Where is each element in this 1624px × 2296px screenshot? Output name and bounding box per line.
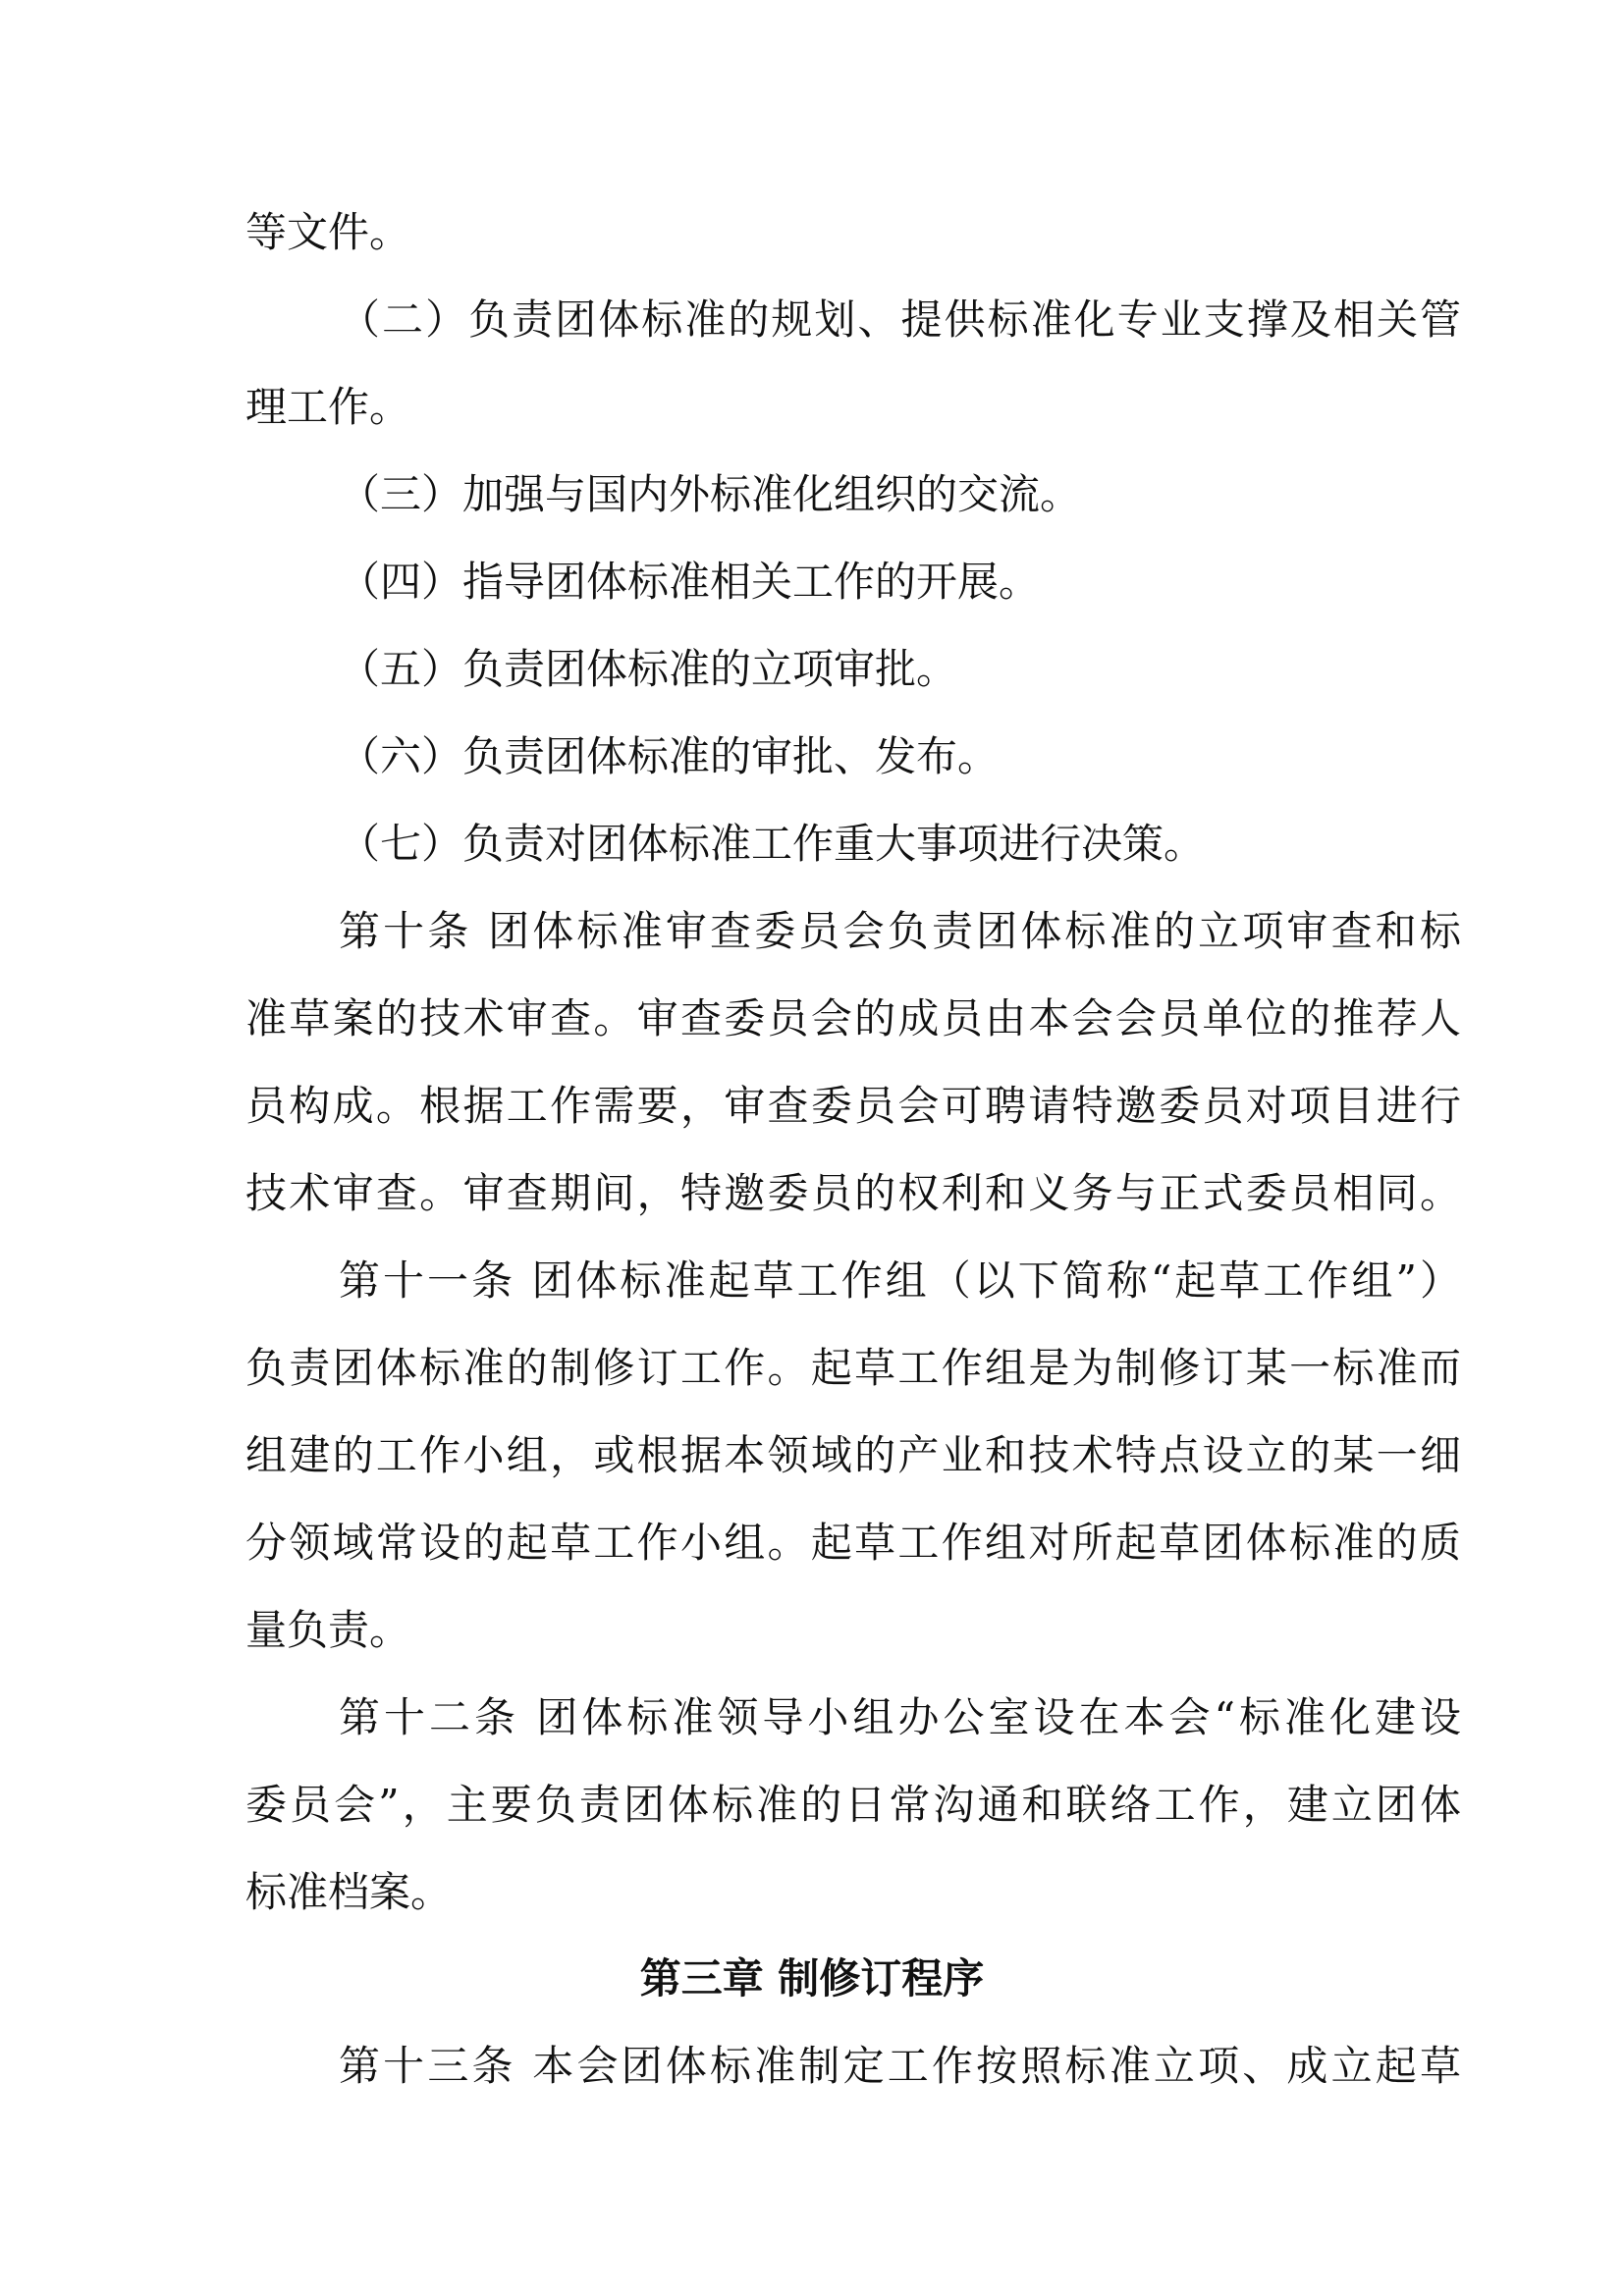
article-12-line: 标准档案。 <box>245 1868 452 1917</box>
article-11-line: 第十一条 团体标准起草工作组（以下简称“起草工作组”） <box>339 1256 1461 1306</box>
paragraph-line: 等文件。 <box>245 208 410 257</box>
list-item-2: （二）负责团体标准的规划、提供标准化专业支撑及相关管 <box>339 295 1461 345</box>
article-11-line: 负责团体标准的制修订工作。起草工作组是为制修订某一标准而 <box>245 1344 1461 1393</box>
paragraph-line: 理工作。 <box>245 383 410 432</box>
article-12-line: 委员会”，主要负责团体标准的日常沟通和联络工作，建立团体 <box>245 1781 1461 1830</box>
article-10-line: 技术审查。审查期间，特邀委员的权利和义务与正式委员相同。 <box>245 1169 1461 1218</box>
list-item-7: （七）负责对团体标准工作重大事项进行决策。 <box>339 820 1205 869</box>
article-10-line: 准草案的技术审查。审查委员会的成员由本会会员单位的推荐人 <box>245 994 1461 1043</box>
article-12-line: 第十二条 团体标准领导小组办公室设在本会“标准化建设 <box>339 1693 1461 1742</box>
list-item-6: （六）负责团体标准的审批、发布。 <box>339 732 999 781</box>
list-item-3: （三）加强与国内外标准化组织的交流。 <box>339 470 1081 519</box>
article-10-line: 第十条 团体标准审查委员会负责团体标准的立项审查和标 <box>339 907 1461 956</box>
chapter-heading: 第三章 制修订程序 <box>0 1954 1624 2003</box>
list-item-4: （四）指导团体标准相关工作的开展。 <box>339 558 1040 607</box>
article-11-line: 量负责。 <box>245 1606 410 1655</box>
article-10-line: 员构成。根据工作需要，审查委员会可聘请特邀委员对项目进行 <box>245 1082 1461 1131</box>
list-item-5: （五）负责团体标准的立项审批。 <box>339 645 957 694</box>
article-11-line: 组建的工作小组，或根据本领域的产业和技术特点设立的某一细 <box>245 1431 1461 1480</box>
article-11-line: 分领域常设的起草工作小组。起草工作组对所起草团体标准的质 <box>245 1519 1461 1568</box>
article-13-line: 第十三条 本会团体标准制定工作按照标准立项、成立起草 <box>339 2042 1461 2091</box>
